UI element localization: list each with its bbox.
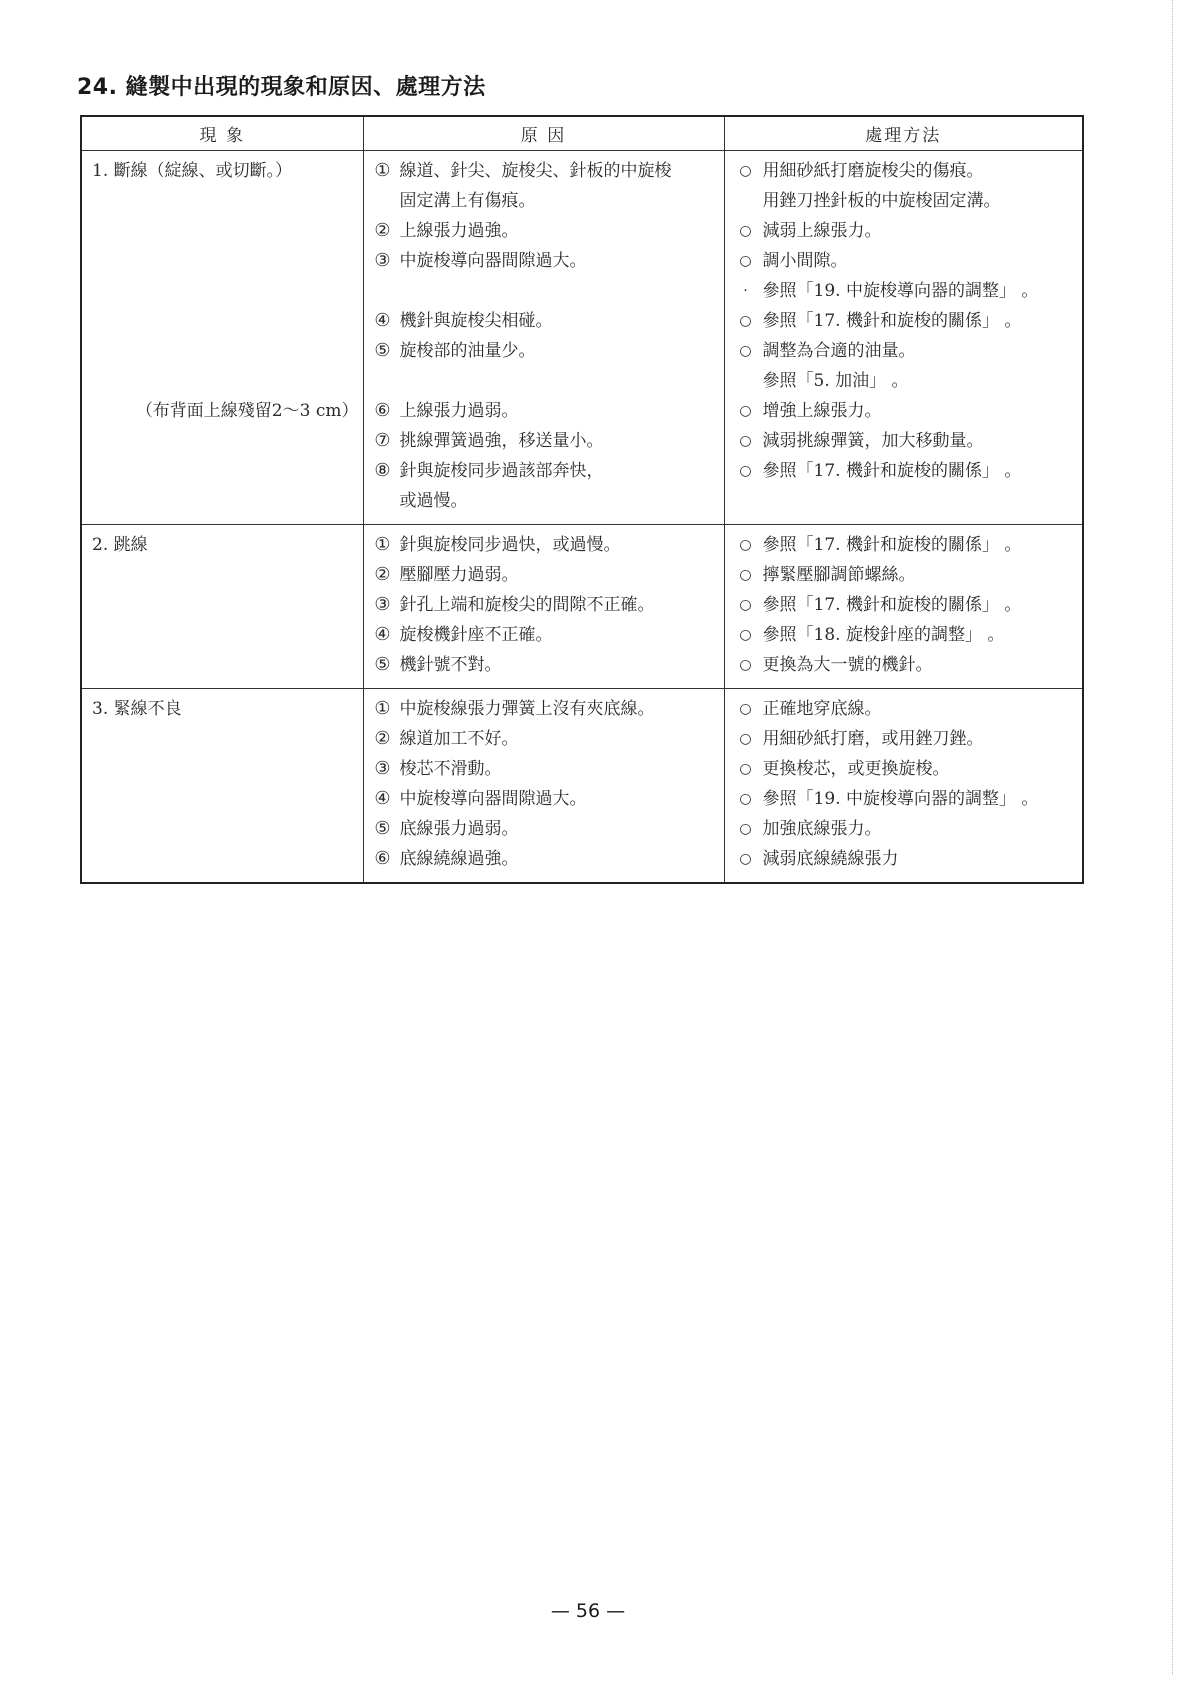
- remedy-text: 增強上線張力。: [763, 396, 882, 426]
- header-cause: 原 因: [363, 116, 724, 151]
- cause-text: 線道加工不好。: [400, 724, 519, 754]
- phenomenon-text: [82, 216, 363, 246]
- bullet-circle-icon: ○: [738, 426, 754, 456]
- circled-number-icon: ⑤: [372, 814, 394, 844]
- remedy-item: ○參照「18. 旋梭針座的調整」 。: [725, 620, 1083, 650]
- cause-item: 固定溝上有傷痕。: [364, 186, 724, 216]
- header-remedy: 處理方法: [724, 116, 1083, 151]
- cause-text: 壓腳壓力過弱。: [400, 560, 519, 590]
- cause-text: 梭芯不滑動。: [400, 754, 502, 784]
- phenomenon-text: 2. 跳線: [82, 530, 363, 560]
- remedy-item: ○加強底線張力。: [725, 814, 1083, 844]
- circled-number-icon: ③: [372, 590, 394, 620]
- cause-item: [364, 276, 724, 306]
- phenomenon-text: [82, 186, 363, 216]
- remedy-text: 減弱上線張力。: [763, 216, 882, 246]
- remedy-text: 用細砂紙打磨，或用銼刀銼。: [763, 724, 984, 754]
- circled-number-icon: ①: [372, 156, 394, 186]
- cause-item: ③針孔上端和旋梭尖的間隙不正確。: [364, 590, 724, 620]
- cause-text: 針與旋梭同步過快，或過慢。: [400, 530, 621, 560]
- bullet-circle-icon: ○: [738, 844, 754, 874]
- table-row: 2. 跳線①針與旋梭同步過快，或過慢。②壓腳壓力過弱。③針孔上端和旋梭尖的間隙不…: [81, 525, 1083, 689]
- cause-text: 機針號不對。: [400, 650, 502, 680]
- remedy-text: 擰緊壓腳調節螺絲。: [763, 560, 916, 590]
- cause-text: 中旋梭導向器間隙過大。: [400, 246, 587, 276]
- cause-item: ⑤底線張力過弱。: [364, 814, 724, 844]
- circled-number-icon: ④: [372, 306, 394, 336]
- circled-number-icon: ⑧: [372, 456, 394, 486]
- bullet-circle-icon: ·: [738, 276, 754, 306]
- cause-item: 或過慢。: [364, 486, 724, 516]
- circled-number-icon: ④: [372, 784, 394, 814]
- remedy-item: ·參照「19. 中旋梭導向器的調整」 。: [725, 276, 1083, 306]
- remedy-item: ○正確地穿底線。: [725, 694, 1083, 724]
- cause-cell: ①針與旋梭同步過快，或過慢。②壓腳壓力過弱。③針孔上端和旋梭尖的間隙不正確。④旋…: [363, 525, 724, 689]
- cause-item: [364, 366, 724, 396]
- remedy-item: ○減弱底線繞線張力: [725, 844, 1083, 874]
- circled-number-icon: ②: [372, 560, 394, 590]
- circled-number-icon: ②: [372, 724, 394, 754]
- remedy-text: 參照「17. 機針和旋梭的關係」 。: [763, 456, 1022, 486]
- bullet-circle-icon: ○: [738, 336, 754, 366]
- remedy-item: 參照「5. 加油」 。: [725, 366, 1083, 396]
- circled-number-icon: ①: [372, 694, 394, 724]
- cause-text: 固定溝上有傷痕。: [400, 186, 536, 216]
- cause-text: 旋梭機針座不正確。: [400, 620, 553, 650]
- remedy-item: ○調小間隙。: [725, 246, 1083, 276]
- cause-text: 中旋梭線張力彈簧上沒有夾底線。: [400, 694, 655, 724]
- remedy-item: ○減弱挑線彈簧，加大移動量。: [725, 426, 1083, 456]
- circled-number-icon: ⑥: [372, 844, 394, 874]
- remedy-text: 參照「19. 中旋梭導向器的調整」 。: [763, 276, 1039, 306]
- remedy-text: 參照「17. 機針和旋梭的關係」 。: [763, 530, 1022, 560]
- circled-number-icon: ⑤: [372, 650, 394, 680]
- cause-item: ④機針與旋梭尖相碰。: [364, 306, 724, 336]
- bullet-circle-icon: ○: [738, 754, 754, 784]
- remedy-item: ○用細砂紙打磨旋梭尖的傷痕。: [725, 156, 1083, 186]
- bullet-circle-icon: ○: [738, 620, 754, 650]
- bullet-circle-icon: ○: [738, 216, 754, 246]
- remedy-text: 減弱挑線彈簧，加大移動量。: [763, 426, 984, 456]
- remedy-text: 更換梭芯，或更換旋梭。: [763, 754, 950, 784]
- remedy-item: ○增強上線張力。: [725, 396, 1083, 426]
- bullet-circle-icon: ○: [738, 590, 754, 620]
- circled-number-icon: ③: [372, 246, 394, 276]
- cause-text: 針孔上端和旋梭尖的間隙不正確。: [400, 590, 655, 620]
- cause-item: ②線道加工不好。: [364, 724, 724, 754]
- cause-item: ③中旋梭導向器間隙過大。: [364, 246, 724, 276]
- cause-item: ⑥底線繞線過強。: [364, 844, 724, 874]
- remedy-text: 減弱底線繞線張力: [763, 844, 899, 874]
- cause-cell: ①線道、針尖、旋梭尖、針板的中旋梭固定溝上有傷痕。②上線張力過強。③中旋梭導向器…: [363, 151, 724, 525]
- cause-cell: ①中旋梭線張力彈簧上沒有夾底線。②線道加工不好。③梭芯不滑動。④中旋梭導向器間隙…: [363, 689, 724, 884]
- circled-number-icon: ⑦: [372, 426, 394, 456]
- remedy-item: ○更換為大一號的機針。: [725, 650, 1083, 680]
- remedy-item: ○更換梭芯，或更換旋梭。: [725, 754, 1083, 784]
- remedy-item: ○擰緊壓腳調節螺絲。: [725, 560, 1083, 590]
- section-title: 24. 縫製中出現的現象和原因、處理方法: [77, 70, 486, 101]
- phenomenon-text: （布背面上線殘留2～3 cm）: [82, 396, 363, 426]
- remedy-item: ○用細砂紙打磨，或用銼刀銼。: [725, 724, 1083, 754]
- cause-text: 上線張力過弱。: [400, 396, 519, 426]
- remedy-text: 參照「5. 加油」 。: [763, 366, 909, 396]
- cause-item: ①針與旋梭同步過快，或過慢。: [364, 530, 724, 560]
- cause-item: ③梭芯不滑動。: [364, 754, 724, 784]
- phenomenon-text: [82, 306, 363, 336]
- cause-text: 機針與旋梭尖相碰。: [400, 306, 553, 336]
- table-header-row: 現 象 原 因 處理方法: [81, 116, 1083, 151]
- cause-text: 底線繞線過強。: [400, 844, 519, 874]
- remedy-item: [725, 486, 1083, 516]
- remedy-text: 參照「17. 機針和旋梭的關係」 。: [763, 306, 1022, 336]
- remedy-item: ○參照「17. 機針和旋梭的關係」 。: [725, 530, 1083, 560]
- remedy-text: 正確地穿底線。: [763, 694, 882, 724]
- cause-item: ①中旋梭線張力彈簧上沒有夾底線。: [364, 694, 724, 724]
- troubleshooting-table: 現 象 原 因 處理方法 1. 斷線（綻線、或切斷。）（布背面上線殘留2～3 c…: [80, 115, 1084, 884]
- cause-item: ⑧針與旋梭同步過該部奔快，: [364, 456, 724, 486]
- page-number: — 56 —: [0, 1600, 1176, 1622]
- remedy-text: 調整為合適的油量。: [763, 336, 916, 366]
- cause-text: 針與旋梭同步過該部奔快，: [400, 456, 604, 486]
- circled-number-icon: ⑥: [372, 396, 394, 426]
- remedy-item: ○參照「17. 機針和旋梭的關係」 。: [725, 456, 1083, 486]
- remedy-text: 調小間隙。: [763, 246, 848, 276]
- remedy-text: 參照「17. 機針和旋梭的關係」 。: [763, 590, 1022, 620]
- bullet-circle-icon: ○: [738, 694, 754, 724]
- table-row: 3. 緊線不良①中旋梭線張力彈簧上沒有夾底線。②線道加工不好。③梭芯不滑動。④中…: [81, 689, 1083, 884]
- bullet-circle-icon: ○: [738, 650, 754, 680]
- phenomenon-cell: 2. 跳線: [81, 525, 363, 689]
- bullet-circle-icon: ○: [738, 530, 754, 560]
- remedy-text: 用細砂紙打磨旋梭尖的傷痕。: [763, 156, 984, 186]
- cause-item: ⑦挑線彈簧過強，移送量小。: [364, 426, 724, 456]
- header-phenomenon: 現 象: [81, 116, 363, 151]
- circled-number-icon: ②: [372, 216, 394, 246]
- remedy-item: ○參照「19. 中旋梭導向器的調整」 。: [725, 784, 1083, 814]
- cause-item: ②上線張力過強。: [364, 216, 724, 246]
- cause-item: ④旋梭機針座不正確。: [364, 620, 724, 650]
- bullet-circle-icon: ○: [738, 784, 754, 814]
- cause-item: ⑤旋梭部的油量少。: [364, 336, 724, 366]
- phenomenon-text: [82, 276, 363, 306]
- cause-item: ②壓腳壓力過弱。: [364, 560, 724, 590]
- cause-item: ⑥上線張力過弱。: [364, 396, 724, 426]
- circled-number-icon: ①: [372, 530, 394, 560]
- table-row: 1. 斷線（綻線、或切斷。）（布背面上線殘留2～3 cm）①線道、針尖、旋梭尖、…: [81, 151, 1083, 525]
- cause-text: 或過慢。: [400, 486, 468, 516]
- phenomenon-cell: 1. 斷線（綻線、或切斷。）（布背面上線殘留2～3 cm）: [81, 151, 363, 525]
- bullet-circle-icon: ○: [738, 156, 754, 186]
- cause-item: ⑤機針號不對。: [364, 650, 724, 680]
- bullet-circle-icon: ○: [738, 306, 754, 336]
- cause-text: 上線張力過強。: [400, 216, 519, 246]
- remedy-item: ○參照「17. 機針和旋梭的關係」 。: [725, 306, 1083, 336]
- cause-item: ④中旋梭導向器間隙過大。: [364, 784, 724, 814]
- cause-text: 中旋梭導向器間隙過大。: [400, 784, 587, 814]
- cause-item: ①線道、針尖、旋梭尖、針板的中旋梭: [364, 156, 724, 186]
- bullet-circle-icon: ○: [738, 814, 754, 844]
- phenomenon-text: 1. 斷線（綻線、或切斷。）: [82, 156, 363, 186]
- circled-number-icon: ④: [372, 620, 394, 650]
- bullet-circle-icon: ○: [738, 724, 754, 754]
- bullet-circle-icon: ○: [738, 560, 754, 590]
- remedy-item: ○調整為合適的油量。: [725, 336, 1083, 366]
- remedy-cell: ○正確地穿底線。○用細砂紙打磨，或用銼刀銼。○更換梭芯，或更換旋梭。○參照「19…: [724, 689, 1083, 884]
- bullet-circle-icon: ○: [738, 456, 754, 486]
- remedy-cell: ○用細砂紙打磨旋梭尖的傷痕。用銼刀挫針板的中旋梭固定溝。○減弱上線張力。○調小間…: [724, 151, 1083, 525]
- circled-number-icon: ③: [372, 754, 394, 784]
- phenomenon-cell: 3. 緊線不良: [81, 689, 363, 884]
- remedy-item: 用銼刀挫針板的中旋梭固定溝。: [725, 186, 1083, 216]
- bullet-circle-icon: ○: [738, 246, 754, 276]
- remedy-text: 更換為大一號的機針。: [763, 650, 933, 680]
- cause-text: 挑線彈簧過強，移送量小。: [400, 426, 604, 456]
- cause-text: 旋梭部的油量少。: [400, 336, 536, 366]
- cause-text: 線道、針尖、旋梭尖、針板的中旋梭: [400, 156, 672, 186]
- circled-number-icon: ⑤: [372, 336, 394, 366]
- remedy-text: 用銼刀挫針板的中旋梭固定溝。: [763, 186, 1001, 216]
- remedy-cell: ○參照「17. 機針和旋梭的關係」 。○擰緊壓腳調節螺絲。○參照「17. 機針和…: [724, 525, 1083, 689]
- phenomenon-text: 3. 緊線不良: [82, 694, 363, 724]
- remedy-text: 參照「18. 旋梭針座的調整」 。: [763, 620, 1005, 650]
- phenomenon-text: [82, 336, 363, 366]
- remedy-text: 參照「19. 中旋梭導向器的調整」 。: [763, 784, 1039, 814]
- remedy-text: 加強底線張力。: [763, 814, 882, 844]
- remedy-item: ○參照「17. 機針和旋梭的關係」 。: [725, 590, 1083, 620]
- bullet-circle-icon: ○: [738, 396, 754, 426]
- phenomenon-text: [82, 246, 363, 276]
- remedy-item: ○減弱上線張力。: [725, 216, 1083, 246]
- cause-text: 底線張力過弱。: [400, 814, 519, 844]
- phenomenon-text: [82, 366, 363, 396]
- page-edge-line: [1172, 0, 1173, 1675]
